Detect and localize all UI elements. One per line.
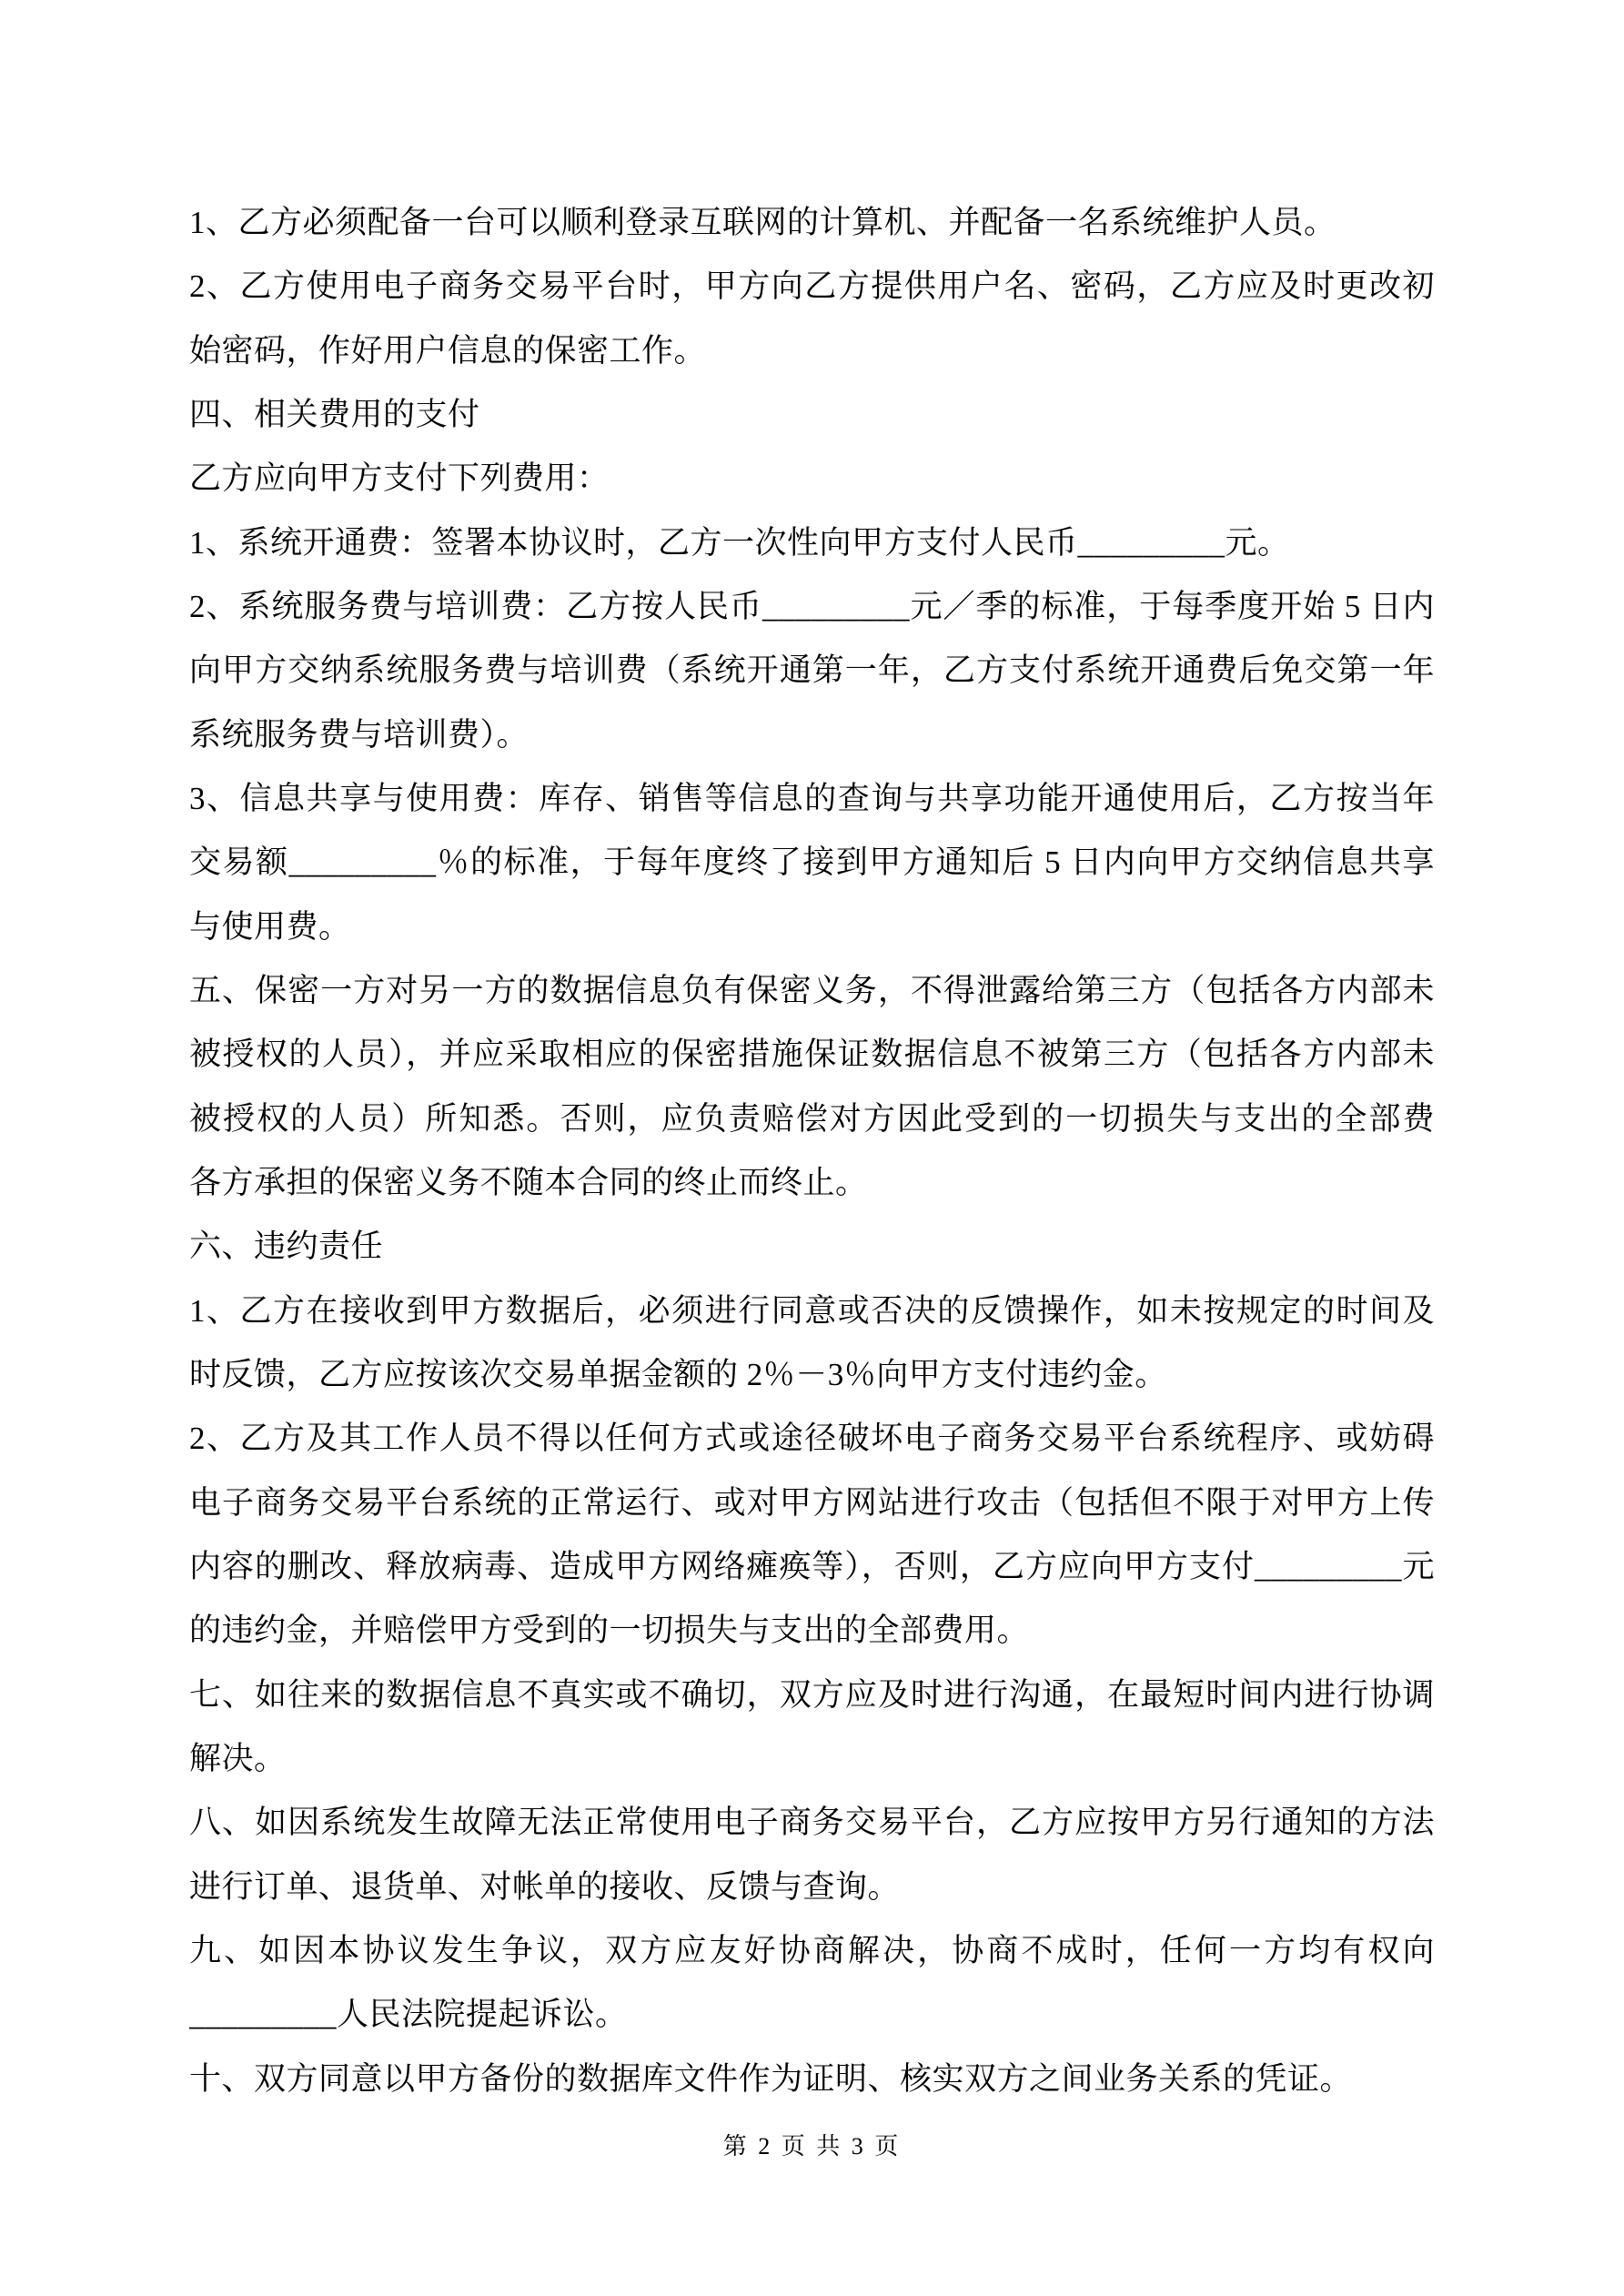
clause-line: 的违约金，并赔偿甲方受到的一切损失与支出的全部费用。 xyxy=(189,1599,1435,1663)
document-page: { "page": { "background": "#ffffff", "te… xyxy=(0,0,1624,2296)
clause-line: 八、如因系统发生故障无法正常使用电子商务交易平台，乙方应按甲方另行通知的方法 xyxy=(189,1791,1435,1855)
clause-line-with-blank: 1、系统开通费：签署本协议时，乙方一次性向甲方支付人民币_________元。 xyxy=(189,511,1435,575)
clause-line: 1、乙方在接收到甲方数据后，必须进行同意或否决的反馈操作，如未按规定的时间及 xyxy=(189,1279,1435,1343)
clause-line-with-blank: 内容的删改、释放病毒、造成甲方网络瘫痪等），否则，乙方应向甲方支付_______… xyxy=(189,1535,1435,1599)
clause-line-with-blank: 交易额_________％的标准，于每年度终了接到甲方通知后 5 日内向甲方交纳… xyxy=(189,831,1435,895)
clause-line: 被授权的人员）所知悉。否则，应负责赔偿对方因此受到的一切损失与支出的全部费用。 xyxy=(189,1087,1435,1151)
page-number-footer: 第 2 页 共 3 页 xyxy=(0,2128,1624,2161)
clause-line: 向甲方交纳系统服务费与培训费（系统开通第一年，乙方支付系统开通费后免交第一年 xyxy=(189,639,1435,703)
clause-line: 解决。 xyxy=(189,1727,1435,1791)
section-heading: 六、违约责任 xyxy=(189,1215,1435,1279)
clause-line: 3、信息共享与使用费：库存、销售等信息的查询与共享功能开通使用后，乙方按当年 xyxy=(189,767,1435,831)
clause-line: 各方承担的保密义务不随本合同的终止而终止。 xyxy=(189,1151,1435,1215)
contract-text-body: 1、乙方必须配备一台可以顺利登录互联网的计算机、并配备一名系统维护人员。 2、乙… xyxy=(189,191,1435,2111)
clause-line: 十、双方同意以甲方备份的数据库文件作为证明、核实双方之间业务关系的凭证。 xyxy=(189,2048,1435,2111)
clause-line: 被授权的人员），并应采取相应的保密措施保证数据信息不被第三方（包括各方内部未 xyxy=(189,1023,1435,1087)
clause-line: 始密码，作好用户信息的保密工作。 xyxy=(189,319,1435,383)
clause-line: 系统服务费与培训费）。 xyxy=(189,703,1435,767)
clause-line: 五、保密一方对另一方的数据信息负有保密义务，不得泄露给第三方（包括各方内部未 xyxy=(189,959,1435,1023)
clause-line: 九、如因本协议发生争议，双方应友好协商解决，协商不成时，任何一方均有权向 xyxy=(189,1919,1435,1983)
clause-line: 2、乙方及其工作人员不得以任何方式或途径破坏电子商务交易平台系统程序、或妨碍 xyxy=(189,1407,1435,1471)
section-heading: 四、相关费用的支付 xyxy=(189,383,1435,447)
clause-line: 2、乙方使用电子商务交易平台时，甲方向乙方提供用户名、密码，乙方应及时更改初 xyxy=(189,255,1435,319)
clause-line: 乙方应向甲方支付下列费用： xyxy=(189,447,1435,511)
clause-line: 进行订单、退货单、对帐单的接收、反馈与查询。 xyxy=(189,1856,1435,1919)
clause-line-with-blank: _________人民法院提起诉讼。 xyxy=(189,1983,1435,2047)
clause-line: 时反馈，乙方应按该次交易单据金额的 2％－3％向甲方支付违约金。 xyxy=(189,1343,1435,1407)
clause-line-with-blank: 2、系统服务费与培训费：乙方按人民币_________元／季的标准，于每季度开始… xyxy=(189,575,1435,639)
clause-line: 1、乙方必须配备一台可以顺利登录互联网的计算机、并配备一名系统维护人员。 xyxy=(189,191,1435,255)
clause-line: 与使用费。 xyxy=(189,895,1435,959)
clause-line: 电子商务交易平台系统的正常运行、或对甲方网站进行攻击（包括但不限于对甲方上传 xyxy=(189,1472,1435,1535)
clause-line: 七、如往来的数据信息不真实或不确切，双方应及时进行沟通，在最短时间内进行协调 xyxy=(189,1664,1435,1727)
